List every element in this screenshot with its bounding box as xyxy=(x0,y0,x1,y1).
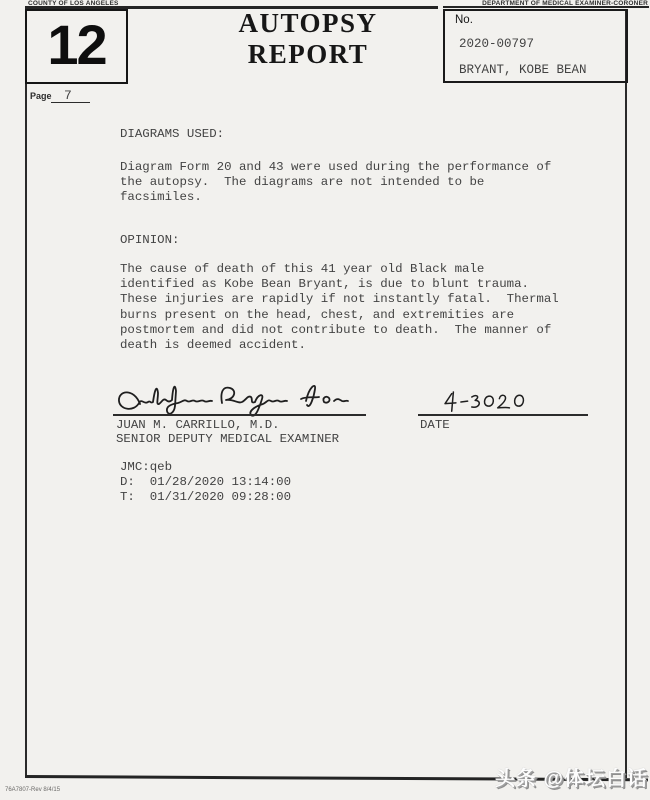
page-number: 7 xyxy=(64,88,72,103)
sheet-number: 12 xyxy=(27,17,126,73)
watermark: 头条 @体坛白话 xyxy=(495,762,648,791)
opinion-paragraph: The cause of death of this 41 year old B… xyxy=(120,262,559,353)
signer-name: JUAN M. CARRILLO, M.D. xyxy=(116,418,280,433)
page-border-left xyxy=(25,9,27,777)
sheet-number-box: 12 xyxy=(25,9,128,84)
page-title: AUTOPSY REPORT xyxy=(178,8,438,70)
case-number: 2020-00797 xyxy=(459,37,534,51)
signer-title: SENIOR DEPUTY MEDICAL EXAMINER xyxy=(116,432,339,447)
diagrams-heading: DIAGRAMS USED: xyxy=(120,127,224,142)
signature-line xyxy=(113,414,366,416)
page-label: Page xyxy=(30,91,52,101)
date-line xyxy=(418,414,588,416)
form-number: 76A7807-Rev 8/4/15 xyxy=(5,787,60,793)
header-rule-right xyxy=(443,6,649,9)
decedent-name: BRYANT, KOBE BEAN xyxy=(459,63,587,77)
diagrams-paragraph: Diagram Form 20 and 43 were used during … xyxy=(120,160,551,206)
case-no-label: No. xyxy=(455,14,473,26)
opinion-heading: OPINION: xyxy=(120,233,180,248)
page-border-right xyxy=(625,9,627,778)
case-number-box: No. 2020-00797 BRYANT, KOBE BEAN xyxy=(443,9,628,83)
date-label: DATE xyxy=(420,418,450,433)
autopsy-report-page: COUNTY OF LOS ANGELES DEPARTMENT OF MEDI… xyxy=(0,0,650,800)
date-handwriting xyxy=(440,388,532,416)
clerk-block: JMC:qeb D: 01/28/2020 13:14:00 T: 01/31/… xyxy=(120,460,291,506)
